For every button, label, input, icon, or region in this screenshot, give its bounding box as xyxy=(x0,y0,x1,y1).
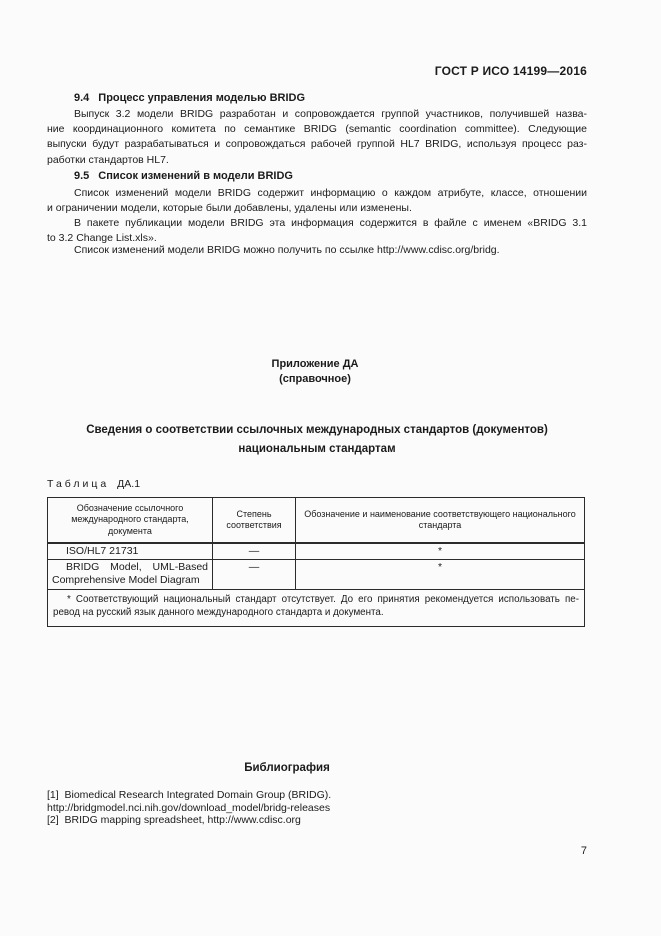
section-9-5-paragraph-2: В пакете публикации модели BRIDG эта инф… xyxy=(47,216,587,246)
section-9-4-paragraph: Выпуск 3.2 модели BRIDG разработан и соп… xyxy=(47,107,587,168)
section-title: Процесс управления моделью BRIDG xyxy=(98,92,305,104)
bibliography-entries: [1] Biomedical Research Integrated Domai… xyxy=(47,789,587,827)
text-line: Comprehensive Model Diagram xyxy=(52,574,208,587)
section-9-5-heading: 9.5Список изменений в модели BRIDG xyxy=(74,170,293,182)
section-9-4-heading: 9.4Процесс управления моделью BRIDG xyxy=(74,92,305,104)
text-line: Выпуск 3.2 модели BRIDG разработан и соп… xyxy=(47,107,587,122)
table-caption-number: ДА.1 xyxy=(117,478,140,490)
running-header: ГОСТ Р ИСО 14199—2016 xyxy=(435,64,587,78)
text-line: Список изменений модели BRIDG можно полу… xyxy=(47,243,587,258)
section-title: Список изменений в модели BRIDG xyxy=(98,170,293,182)
table-header-degree: Степень соответствия xyxy=(213,498,296,542)
text-line: [2] BRIDG mapping spreadsheet, http://ww… xyxy=(47,814,587,827)
text-line: работки стандартов HL7. xyxy=(47,153,587,168)
text-line: В пакете публикации модели BRIDG эта инф… xyxy=(47,216,587,231)
table-row: ISO/HL7 21731 — * xyxy=(48,544,584,560)
text-line: национальным стандартам xyxy=(47,440,587,459)
cell-national: * xyxy=(296,544,584,559)
text-line: Сведения о соответствии ссылочных междун… xyxy=(47,421,587,440)
section-9-5-paragraph-3: Список изменений модели BRIDG можно полу… xyxy=(47,243,587,258)
table-footnote: * Соответствующий национальный стандарт … xyxy=(48,590,584,626)
text-line: выпуски будут разрабатываться и сопровож… xyxy=(47,137,587,152)
appendix-type-note: (справочное) xyxy=(45,373,585,385)
section-number: 9.5 xyxy=(74,170,89,182)
page-number: 7 xyxy=(581,845,587,857)
section-9-5-paragraph-1: Список изменений модели BRIDG содержит и… xyxy=(47,186,587,216)
text-line: и ограничении модели, которые были добав… xyxy=(47,201,587,216)
cell-degree: — xyxy=(213,560,296,589)
cell-standard: ISO/HL7 21731 xyxy=(48,544,213,559)
text-line: * Соответствующий национальный стандарт … xyxy=(53,594,579,607)
section-number: 9.4 xyxy=(74,92,89,104)
table-header-row: Обозначение ссылочного международного ст… xyxy=(48,498,584,544)
cell-national: * xyxy=(296,560,584,589)
text-line: BRIDG Model, UML-Based xyxy=(52,561,208,574)
text-line: http://bridgmodel.nci.nih.gov/download_m… xyxy=(47,802,587,815)
cell-degree: — xyxy=(213,544,296,559)
table-row: BRIDG Model, UML-BasedComprehensive Mode… xyxy=(48,560,584,590)
table-header-standard: Обозначение ссылочного международного ст… xyxy=(48,498,213,542)
cell-standard: BRIDG Model, UML-BasedComprehensive Mode… xyxy=(48,560,213,589)
correspondence-table: Обозначение ссылочного международного ст… xyxy=(47,497,585,627)
table-caption-word: Таблица xyxy=(47,478,109,490)
document-page: ГОСТ Р ИСО 14199—2016 9.4Процесс управле… xyxy=(0,0,661,936)
appendix-title: Сведения о соответствии ссылочных междун… xyxy=(47,421,587,458)
text-line: Список изменений модели BRIDG содержит и… xyxy=(47,186,587,201)
text-line: ние координационного комитета по семанти… xyxy=(47,122,587,137)
table-header-national: Обозначение и наименование соответствующ… xyxy=(296,498,584,542)
text-line: [1] Biomedical Research Integrated Domai… xyxy=(47,789,587,802)
text-line: ISO/HL7 21731 xyxy=(52,545,138,558)
table-caption: ТаблицаДА.1 xyxy=(47,478,140,490)
appendix-label: Приложение ДА xyxy=(45,358,585,370)
bibliography-title: Библиография xyxy=(17,762,557,774)
text-line: ревод на русский язык данного международ… xyxy=(53,607,579,620)
